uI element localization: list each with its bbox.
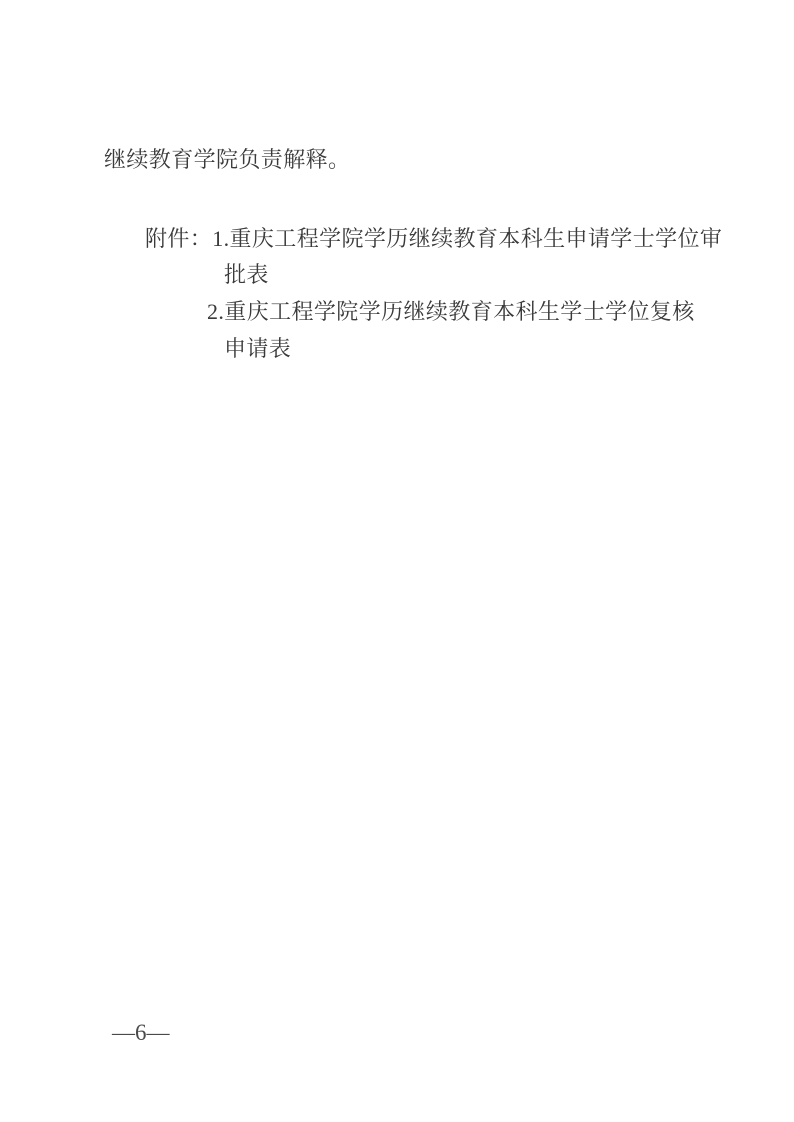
attachment-item-1-line-1: 附件：1.重庆工程学院学历继续教育本科生申请学士学位审 [145, 228, 722, 250]
attachment-item-2-line-2: 申请表 [224, 338, 291, 360]
document-page: 继续教育学院负责解释。 附件：1.重庆工程学院学历继续教育本科生申请学士学位审 … [0, 0, 794, 1122]
attachment-item-2-line-1: 2.重庆工程学院学历继续教育本科生学士学位复核 [207, 301, 695, 323]
closing-paragraph: 继续教育学院负责解释。 [104, 149, 350, 171]
attachment-item-1-line-2: 批表 [224, 264, 269, 286]
page-number: —6— [112, 1021, 170, 1044]
